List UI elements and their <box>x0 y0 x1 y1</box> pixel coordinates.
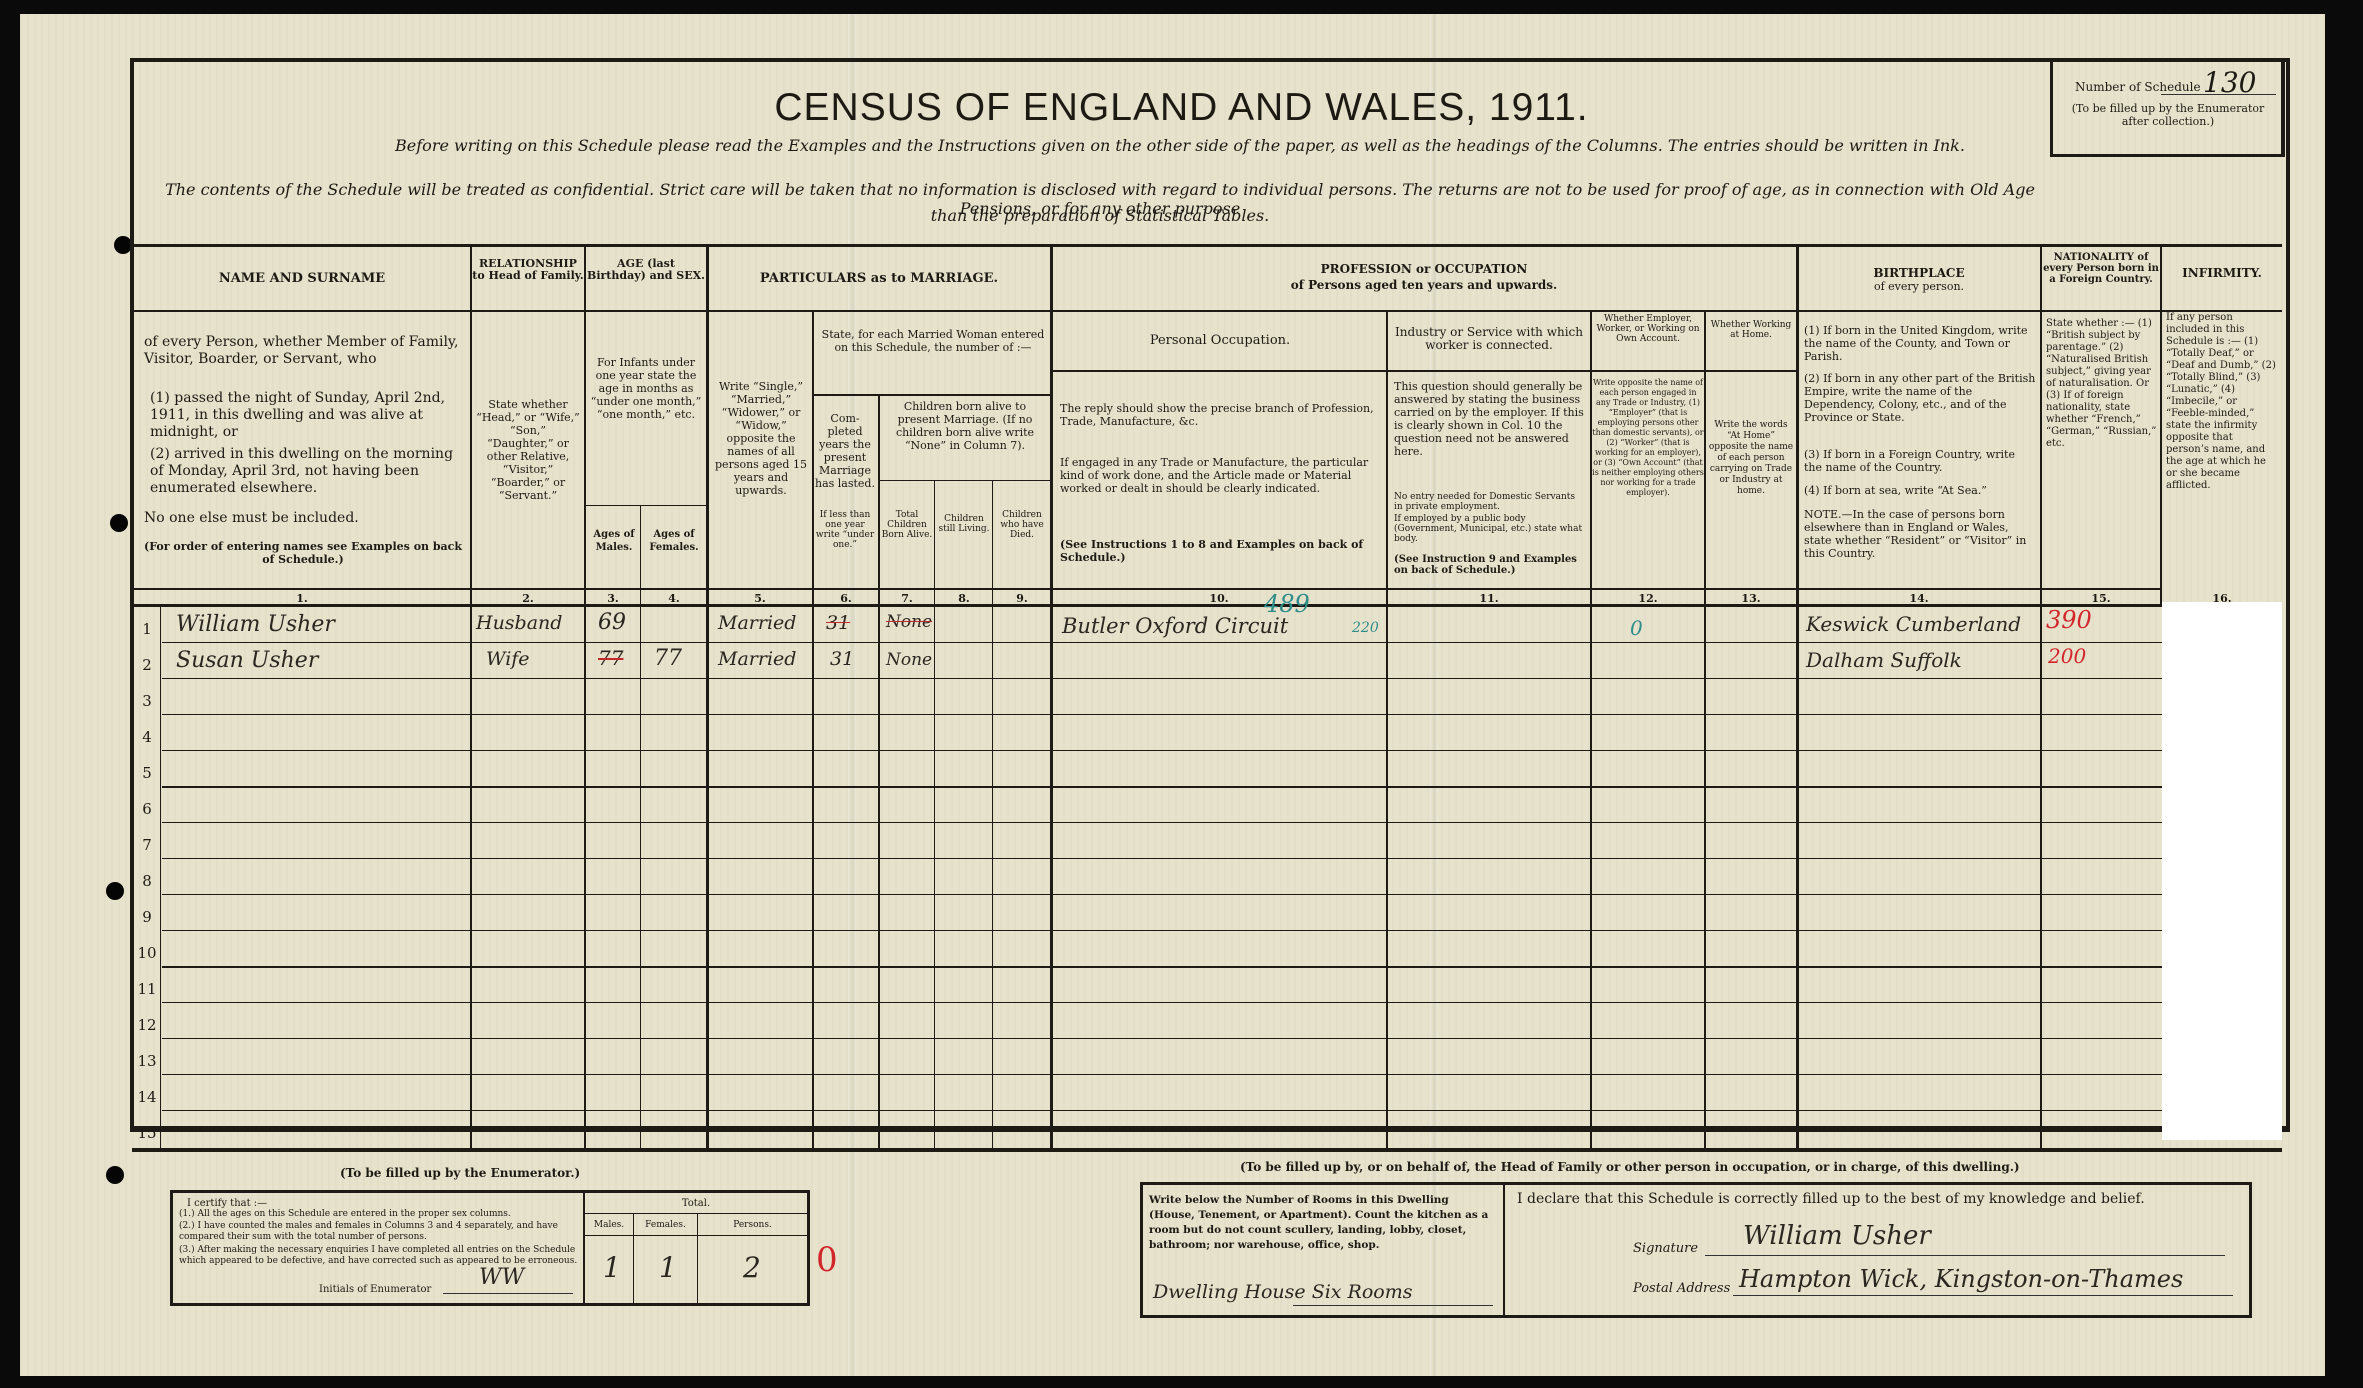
col-num-10: 10. <box>1052 592 1386 605</box>
row-number: 1 <box>134 620 160 638</box>
header-birthplace-sub: of every person. <box>1798 280 2040 294</box>
name-desc-2: (2) arrived in this dwelling on the morn… <box>150 446 464 497</box>
relationship-desc: State whether “Head,” or “Wife,” “Son,” … <box>476 398 580 502</box>
industry-desc1: This question should generally be answer… <box>1394 380 1584 458</box>
header-birthplace: BIRTHPLACE <box>1798 266 2040 280</box>
schedule-number-box: Number of Schedule 130 (To be filled up … <box>2050 58 2285 157</box>
row-number: 11 <box>134 980 160 998</box>
total-persons-value[interactable]: 2 <box>743 1251 761 1284</box>
still-living-label: Children still Living. <box>936 514 992 534</box>
header-occupation-sub: of Persons aged ten years and upwards. <box>1052 278 1796 292</box>
total-males-value[interactable]: 1 <box>603 1251 621 1284</box>
total-born-value[interactable]: None <box>886 650 932 670</box>
birthplace-code: 390 <box>2046 606 2092 634</box>
total-born-alive-label: Total Children Born Alive. <box>880 510 934 540</box>
employer-status-value[interactable]: 0 <box>1630 616 1643 640</box>
col-num-5: 5. <box>708 592 812 605</box>
signature-value[interactable]: William Usher <box>1743 1221 1931 1251</box>
col-num-12: 12. <box>1592 592 1704 605</box>
punch-hole <box>110 514 128 532</box>
rooms-value[interactable]: Dwelling House Six Rooms <box>1153 1281 1413 1303</box>
rooms-instruction: Write below the Number of Rooms in this … <box>1149 1193 1497 1253</box>
certify-1: (1.) All the ages on this Schedule are e… <box>179 1209 579 1220</box>
col-num-2: 2. <box>472 592 584 605</box>
years-married-value[interactable]: 31 <box>830 648 854 670</box>
header-occupation: PROFESSION or OCCUPATION <box>1052 262 1796 276</box>
birthplace-desc3: (3) If born in a Foreign Country, write … <box>1804 448 2036 474</box>
total-label: Total. <box>585 1197 807 1210</box>
age-infant-desc: For Infants under one year state the age… <box>588 356 704 421</box>
industry-label: Industry or Service with which worker is… <box>1390 326 1588 352</box>
name-desc-intro: of every Person, whether Member of Famil… <box>144 334 464 368</box>
marital-condition-value[interactable]: Married <box>718 612 796 634</box>
col-num-3: 3. <box>586 592 640 605</box>
birthplace-value[interactable]: Keswick Cumberland <box>1806 612 2021 636</box>
industry-desc2: No entry needed for Domestic Servants in… <box>1394 492 1584 512</box>
form-title: CENSUS OF ENGLAND AND WALES, 1911. <box>0 86 2363 130</box>
enumerator-initials[interactable]: WW <box>479 1265 524 1290</box>
row-number: 12 <box>134 1016 160 1034</box>
married-woman-desc: State, for each Married Woman entered on… <box>820 328 1046 354</box>
ages-of-females-label: Ages of Females. <box>642 528 706 554</box>
col-num-6: 6. <box>814 592 878 605</box>
personal-occupation-desc2: If engaged in any Trade or Manufacture, … <box>1060 456 1380 495</box>
row-number: 8 <box>134 872 160 890</box>
row-number: 5 <box>134 764 160 782</box>
header-age-sex: AGE (last Birthday) and SEX. <box>586 258 706 282</box>
employer-desc: Write opposite the name of each person e… <box>1592 378 1704 498</box>
enumerator-box: I certify that :— (1.) All the ages on t… <box>170 1190 810 1306</box>
row-number: 14 <box>134 1088 160 1106</box>
name-desc-4: (For order of entering names see Example… <box>140 540 466 566</box>
col-num-13: 13. <box>1706 592 1796 605</box>
age-male-value[interactable]: 77 <box>598 646 623 670</box>
age-female-value[interactable]: 77 <box>654 646 682 671</box>
punch-hole <box>106 882 124 900</box>
at-home-label: Whether Working at Home. <box>1706 320 1796 340</box>
occupation-value[interactable]: Butler Oxford Circuit <box>1062 614 1288 638</box>
employer-label: Whether Employer, Worker, or Working on … <box>1592 314 1704 344</box>
postal-address-value[interactable]: Hampton Wick, Kingston-on-Thames <box>1739 1265 2183 1293</box>
name-desc-3: No one else must be included. <box>144 512 464 525</box>
certify-3: (3.) After making the necessary enquirie… <box>179 1245 579 1267</box>
header-name-surname: NAME AND SURNAME <box>134 272 470 286</box>
years-married-desc: Com-pleted years the present Marriage ha… <box>814 412 876 490</box>
relationship-value[interactable]: Husband <box>476 612 562 634</box>
birthplace-value[interactable]: Dalham Suffolk <box>1806 648 1962 672</box>
industry-desc4: (See Instruction 9 and Examples on back … <box>1394 554 1584 576</box>
relationship-value[interactable]: Wife <box>486 648 530 670</box>
col-num-7: 7. <box>880 592 934 605</box>
persons-label: Persons. <box>698 1219 807 1232</box>
redacted-infirmity-area <box>2162 602 2282 1140</box>
schedule-number-value[interactable]: 130 <box>2203 66 2256 99</box>
birthplace-desc4: (4) If born at sea, write “At Sea.” <box>1804 484 2036 497</box>
row-number: 4 <box>134 728 160 746</box>
schedule-number-label: Number of Schedule <box>2075 80 2201 94</box>
occupation-mark: 220 <box>1352 620 1379 636</box>
age-male-value[interactable]: 69 <box>598 610 626 635</box>
nationality-desc: State whether :— (1) “British subject by… <box>2046 318 2158 450</box>
marriage-condition-desc: Write “Single,” “Married,” “Widower,” or… <box>714 380 808 497</box>
confidential-notice-cont: than the preparation of Statistical Tabl… <box>150 206 2050 225</box>
birthplace-desc1: (1) If born in the United Kingdom, write… <box>1804 324 2036 363</box>
personal-occupation-desc3: (See Instructions 1 to 8 and Examples on… <box>1060 538 1380 564</box>
row-number: 9 <box>134 908 160 926</box>
row-number: 2 <box>134 656 160 674</box>
females-label: Females. <box>634 1219 697 1232</box>
col-num-14: 14. <box>1798 592 2040 605</box>
ages-of-males-label: Ages of Males. <box>590 528 638 554</box>
col-num-1: 1. <box>134 592 470 605</box>
years-married-note: If less than one year write “under one.” <box>814 510 876 550</box>
col-num-8: 8. <box>936 592 992 605</box>
years-married-value[interactable]: 31 <box>826 612 850 634</box>
initials-label: Initials of Enumerator <box>319 1283 431 1296</box>
row-number: 10 <box>134 944 160 962</box>
birthplace-note: NOTE.—In the case of persons born elsewh… <box>1804 508 2036 560</box>
header-relationship: RELATIONSHIP to Head of Family. <box>472 258 584 282</box>
col-num-15: 15. <box>2042 592 2160 605</box>
col-num-9: 9. <box>994 592 1050 605</box>
row-number: 13 <box>134 1052 160 1070</box>
punch-hole <box>106 1166 124 1184</box>
row-number: 7 <box>134 836 160 854</box>
personal-occupation-desc1: The reply should show the precise branch… <box>1060 402 1380 428</box>
signature-label: Signature <box>1633 1241 1698 1256</box>
header-marriage: PARTICULARS as to MARRIAGE. <box>708 272 1050 286</box>
postal-address-label: Postal Address <box>1633 1281 1730 1296</box>
birthplace-code: 200 <box>2048 644 2086 668</box>
person-name[interactable]: William Usher <box>176 612 335 637</box>
occupation-code: 489 <box>1264 590 1310 618</box>
intro-instructions: Before writing on this Schedule please r… <box>300 136 2060 155</box>
person-name[interactable]: Susan Usher <box>176 648 318 673</box>
enumerator-heading: (To be filled up by the Enumerator.) <box>340 1166 580 1180</box>
household-heading: (To be filled up by, or on behalf of, th… <box>1240 1160 2020 1174</box>
declaration-text: I declare that this Schedule is correctl… <box>1517 1191 2145 1207</box>
household-box: Write below the Number of Rooms in this … <box>1140 1182 2252 1318</box>
name-desc-1: (1) passed the night of Sunday, April 2n… <box>150 390 464 441</box>
have-died-label: Children who have Died. <box>994 510 1050 540</box>
schedule-number-note: (To be filled up by the Enumerator after… <box>2063 102 2273 128</box>
males-label: Males. <box>585 1219 633 1232</box>
col-num-11: 11. <box>1388 592 1590 605</box>
infirmity-desc: If any person included in this Schedule … <box>2166 312 2278 492</box>
row-number: 3 <box>134 692 160 710</box>
header-nationality: NATIONALITY of every Person born in a Fo… <box>2042 252 2160 285</box>
marital-condition-value[interactable]: Married <box>718 648 796 670</box>
personal-occupation-label: Personal Occupation. <box>1054 334 1386 347</box>
red-check-mark: 0 <box>816 1240 838 1280</box>
row-number: 15 <box>134 1124 160 1142</box>
col-num-4: 4. <box>642 592 706 605</box>
header-infirmity: INFIRMITY. <box>2162 266 2282 280</box>
row-number: 6 <box>134 800 160 818</box>
industry-desc3: If employed by a public body (Government… <box>1394 514 1584 544</box>
birthplace-desc2: (2) If born in any other part of the Bri… <box>1804 372 2036 424</box>
at-home-desc: Write the words “At Home” opposite the n… <box>1708 420 1794 497</box>
certify-2: (2.) I have counted the males and female… <box>179 1221 579 1243</box>
children-born-desc: Children born alive to present Marriage.… <box>882 400 1048 452</box>
total-females-value[interactable]: 1 <box>659 1251 677 1284</box>
total-born-value[interactable]: None <box>886 612 932 632</box>
